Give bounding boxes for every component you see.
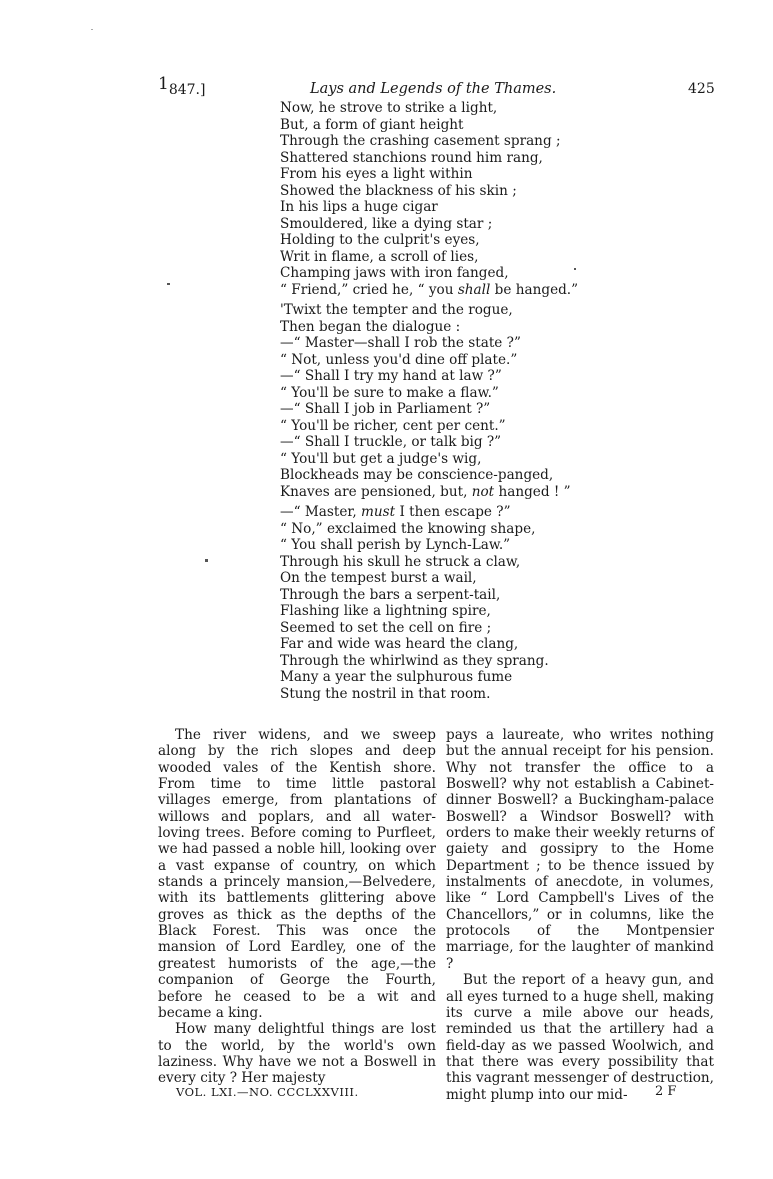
poem-line: Smouldered, like a dying star ; xyxy=(280,216,578,233)
signature-mark: 2 F xyxy=(655,1084,676,1099)
paragraph: How many delightful things are lost to t… xyxy=(158,1021,436,1086)
poem-line: Champing jaws with iron fanged, xyxy=(280,265,578,282)
line-text: be hanged.” xyxy=(490,282,578,298)
poem-line: Through the bars a serpent-tail, xyxy=(280,587,578,604)
year-rest: 847.] xyxy=(169,82,206,98)
poem-line: —“ Master, must I then escape ?” xyxy=(280,504,578,521)
poem-line: “ You'll be richer, cent per cent.” xyxy=(280,418,578,435)
margin-speck xyxy=(205,559,208,562)
margin-speck xyxy=(167,283,170,285)
paragraph: The river widens, and we sweep along by … xyxy=(158,727,436,1021)
poem-line: “ You'll be sure to make a flaw.” xyxy=(280,385,578,402)
paragraph-continued: pays a laureate, who writes nothing but … xyxy=(446,727,714,972)
year-prefix: 1 xyxy=(158,74,169,94)
poem-line: Through his skull he struck a claw, xyxy=(280,554,578,571)
poem-line: “ Not, unless you'd dine off plate.” xyxy=(280,352,578,369)
poem-stanza-3: —“ Master, must I then escape ?” “ No,” … xyxy=(280,504,578,702)
poem-line: Knaves are pensioned, but, not hanged ! … xyxy=(280,484,578,501)
poem-stanza-2: 'Twixt the tempter and the rogue, Then b… xyxy=(280,302,578,500)
emphasis: not xyxy=(472,484,494,500)
poem-line: On the tempest burst a wail, xyxy=(280,570,578,587)
poem-line: Many a year the sulphurous fume xyxy=(280,669,578,686)
margin-speck xyxy=(574,268,576,270)
header-year: 1847.] xyxy=(158,80,205,99)
poem-line: —“ Shall I job in Parliament ?” xyxy=(280,401,578,418)
poem-line: Showed the blackness of his skin ; xyxy=(280,183,578,200)
poem-line: Blockheads may be conscience-panged, xyxy=(280,467,578,484)
poem-line: —“ Shall I try my hand at law ?” xyxy=(280,368,578,385)
poem-line: Then began the dialogue : xyxy=(280,319,578,336)
page-number: 425 xyxy=(688,80,715,98)
poem-line: “ You'll but get a judge's wig, xyxy=(280,451,578,468)
margin-speck xyxy=(91,29,93,30)
line-text: hanged ! ” xyxy=(494,484,570,500)
line-text: I then escape ?” xyxy=(395,504,510,520)
poem-line: Flashing like a lightning spire, xyxy=(280,603,578,620)
poem-line: Far and wide was heard the clang, xyxy=(280,636,578,653)
document-page: 1847.] Lays and Legends of the Thames. 4… xyxy=(0,0,773,1179)
poem-line: Stung the nostril in that room. xyxy=(280,686,578,703)
poem-line: Now, he strove to strike a light, xyxy=(280,100,578,117)
line-text: Knaves are pensioned, but, xyxy=(280,484,472,500)
poem-line: Seemed to set the cell on fire ; xyxy=(280,620,578,637)
line-text: “ Friend,” cried he, “ you xyxy=(280,282,458,298)
volume-footer: VOL. LXI.—NO. CCCLXXVIII. xyxy=(176,1085,359,1099)
poem-stanza-1: Now, he strove to strike a light, But, a… xyxy=(280,100,578,298)
poem-line: “ You shall perish by Lynch-Law.” xyxy=(280,537,578,554)
poem-line: —“ Master—shall I rob the state ?” xyxy=(280,335,578,352)
poem: Now, he strove to strike a light, But, a… xyxy=(280,100,578,706)
poem-line: Through the whirlwind as they sprang. xyxy=(280,653,578,670)
poem-line: Shattered stanchions round him rang, xyxy=(280,150,578,167)
poem-line: “ Friend,” cried he, “ you shall be hang… xyxy=(280,282,578,299)
emphasis: must xyxy=(361,504,395,520)
poem-line: Holding to the culprit's eyes, xyxy=(280,232,578,249)
prose-right-column: pays a laureate, who writes nothing but … xyxy=(446,727,714,1103)
poem-line: 'Twixt the tempter and the rogue, xyxy=(280,302,578,319)
poem-line: But, a form of giant height xyxy=(280,117,578,134)
poem-line: Writ in flame, a scroll of lies, xyxy=(280,249,578,266)
running-title: Lays and Legends of the Thames. xyxy=(310,80,556,98)
poem-line: —“ Shall I truckle, or talk big ?” xyxy=(280,434,578,451)
emphasis: shall xyxy=(458,282,491,298)
prose-left-column: The river widens, and we sweep along by … xyxy=(158,727,436,1087)
line-text: —“ Master, xyxy=(280,504,361,520)
poem-line: In his lips a huge cigar xyxy=(280,199,578,216)
poem-line: From his eyes a light within xyxy=(280,166,578,183)
poem-line: Through the crashing casement sprang ; xyxy=(280,133,578,150)
poem-line: “ No,” exclaimed the knowing shape, xyxy=(280,521,578,538)
